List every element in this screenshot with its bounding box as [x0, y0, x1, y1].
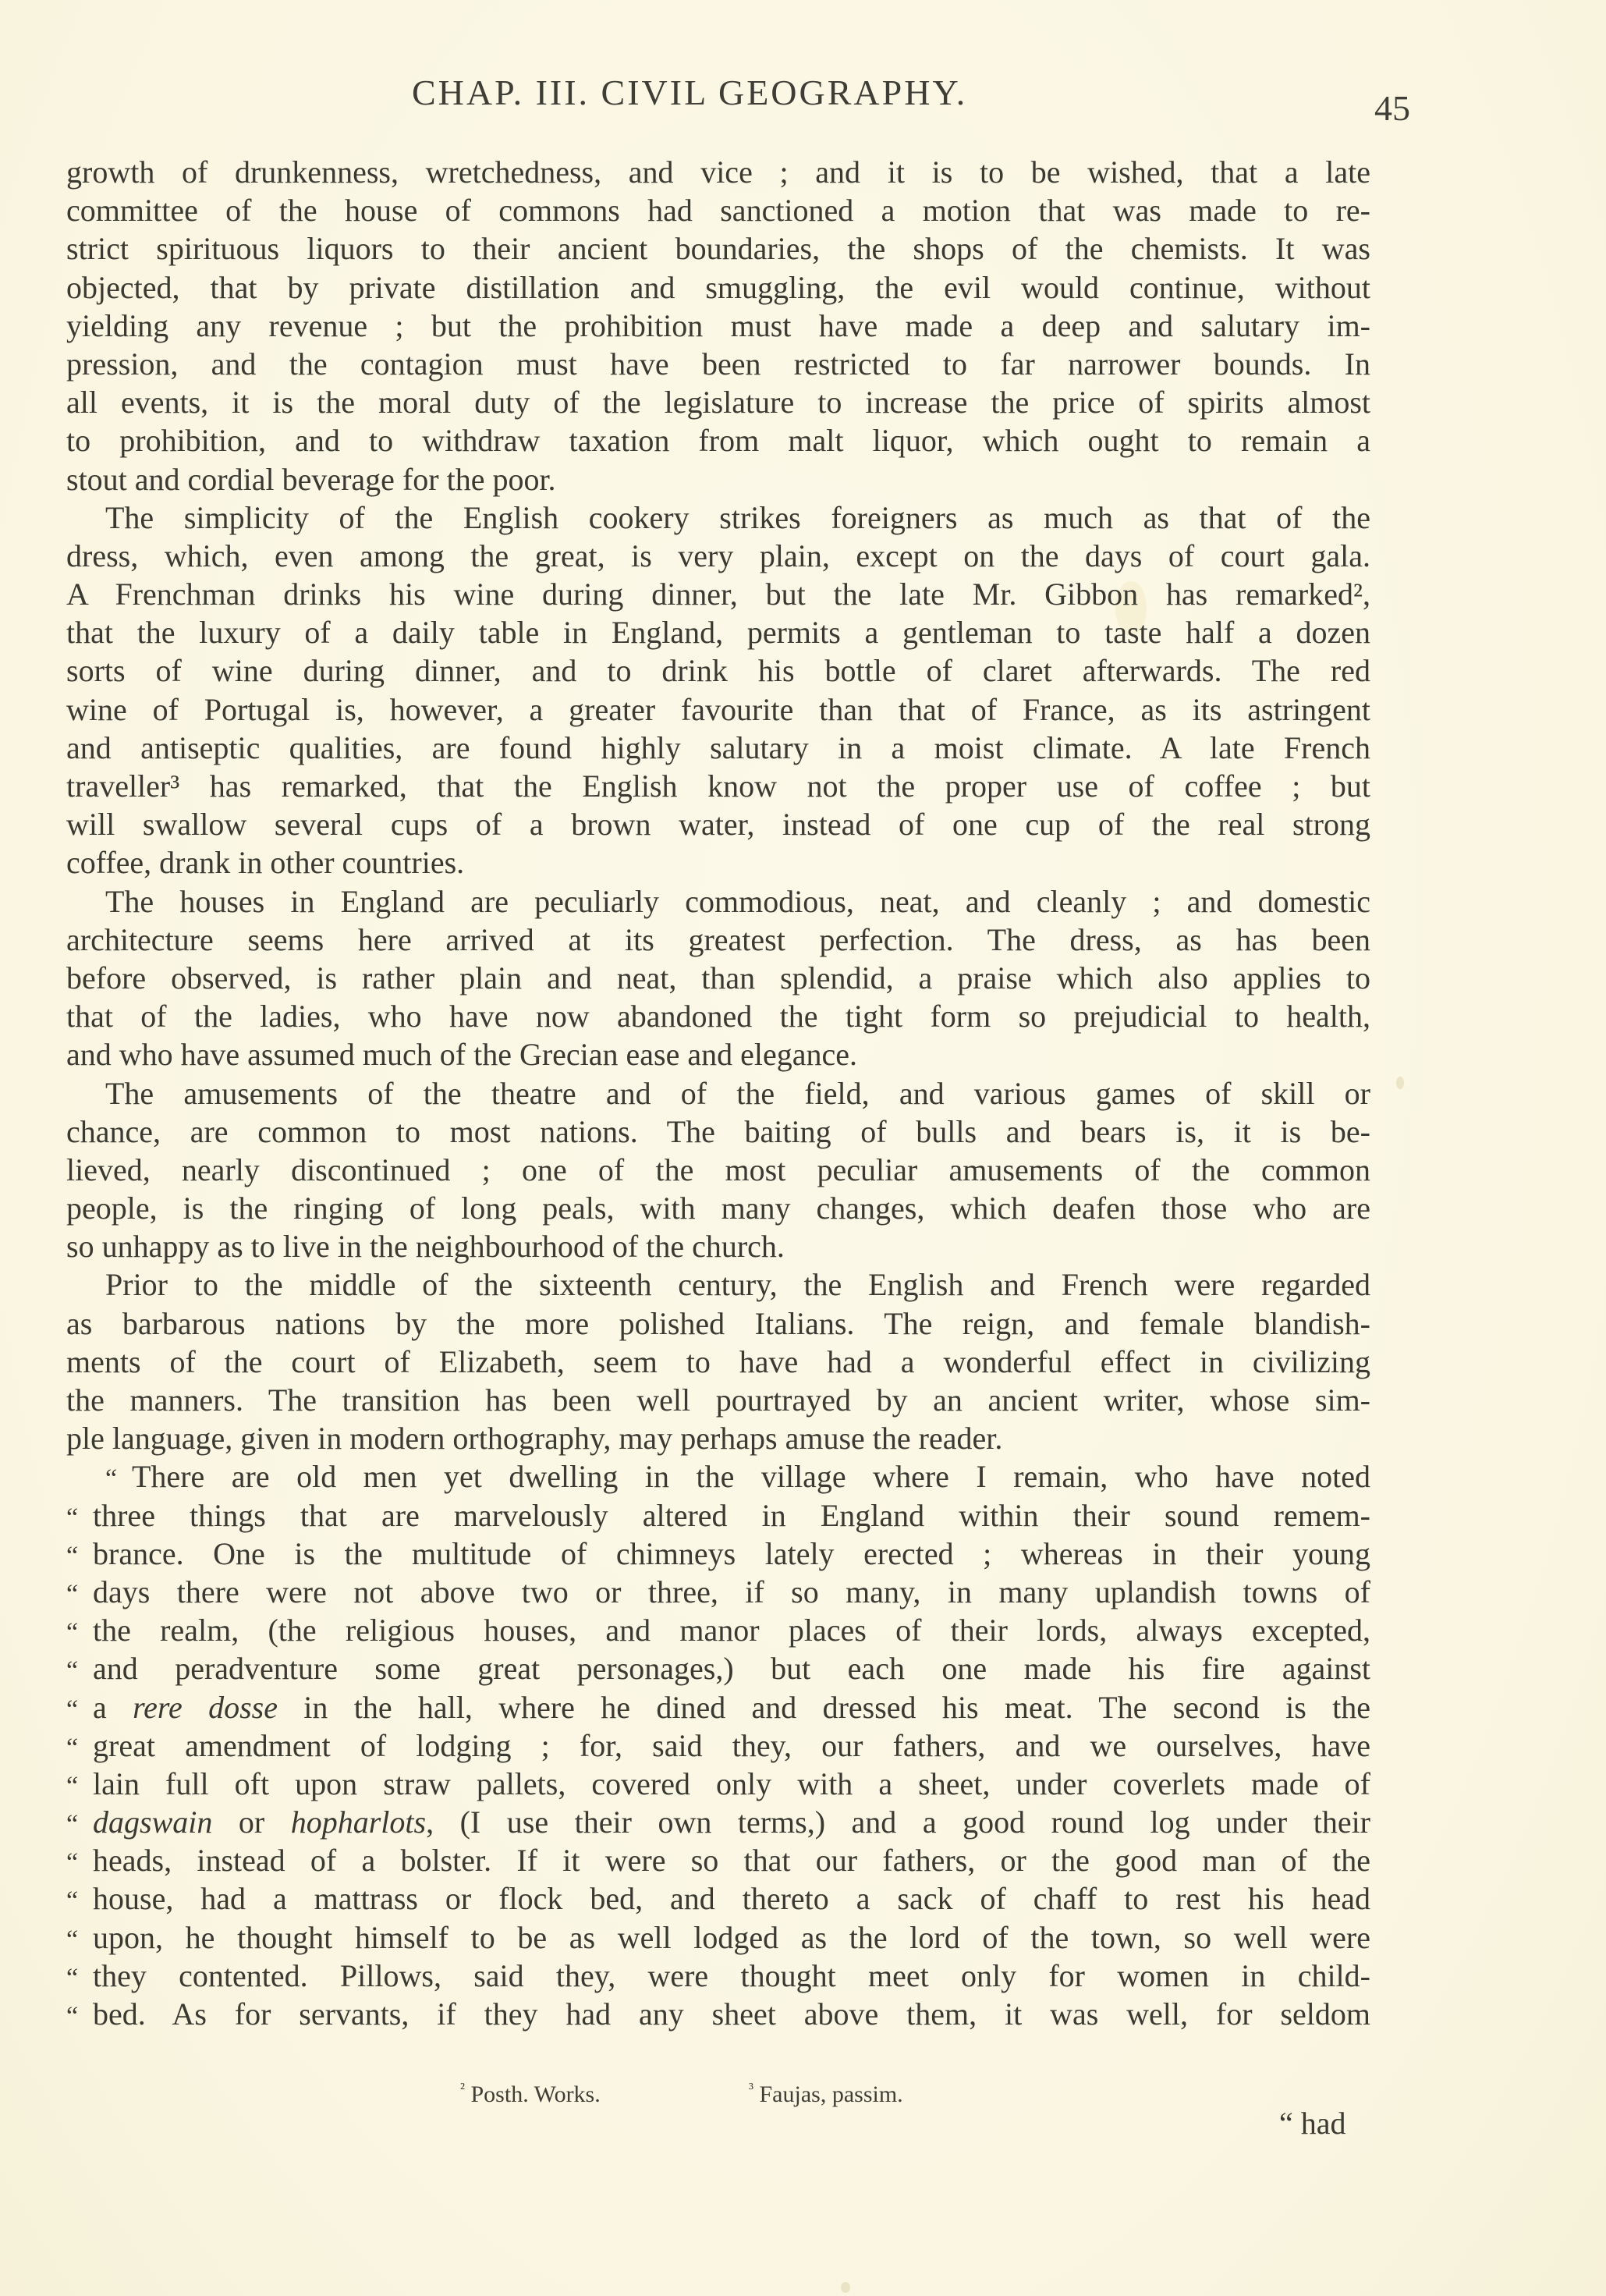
footnote-2: ² Posth. Works.	[460, 2081, 601, 2108]
open-quote-mark: “	[66, 1844, 93, 1882]
text-line: the manners. The transition has been wel…	[66, 1381, 1370, 1419]
italic-term: rere dosse	[133, 1690, 278, 1725]
text-line: growth of drunkenness, wretchedness, and…	[66, 153, 1370, 191]
text-line: The houses in England are peculiarly com…	[66, 882, 1370, 921]
text-line: wine of Portugal is, however, a greater …	[66, 690, 1370, 729]
book-page: CHAP. III. CIVIL GEOGRAPHY. 45 growth of…	[0, 0, 1606, 2296]
open-quote-mark: “	[105, 1460, 132, 1498]
quote-line: “a rere dosse in the hall, where he dine…	[66, 1688, 1370, 1726]
italic-term: hopharlots	[291, 1805, 426, 1840]
paper-spot	[841, 2282, 850, 2293]
paragraph: The simplicity of the English cookery st…	[66, 499, 1370, 882]
open-quote-mark: “	[66, 1997, 93, 2035]
quote-line: “heads, instead of a bolster. If it were…	[66, 1841, 1370, 1879]
text-line: as barbarous nations by the more polishe…	[66, 1304, 1370, 1343]
footnote-3: ³ Faujas, passim.	[749, 2081, 903, 2108]
quote-line: “dagswain or hopharlots, (I use their ow…	[66, 1803, 1370, 1841]
text-line: coffee, drank in other countries.	[66, 843, 1370, 882]
text-line: that the luxury of a daily table in Engl…	[66, 613, 1370, 651]
quote-line: “house, had a mattrass or flock bed, and…	[66, 1879, 1370, 1918]
footnote-marker: ³	[749, 2080, 753, 2097]
body-text: growth of drunkenness, wretchedness, and…	[66, 153, 1370, 2033]
text-line: will swallow several cups of a brown wat…	[66, 805, 1370, 843]
text-line: that of the ladies, who have now abandon…	[66, 997, 1370, 1035]
text-line: people, is the ringing of long peals, wi…	[66, 1189, 1370, 1227]
quote-line: “upon, he thought himself to be as well …	[66, 1918, 1370, 1957]
text-line: and antiseptic qualities, are found high…	[66, 729, 1370, 767]
text-line: The amusements of the theatre and of the…	[66, 1074, 1370, 1113]
text-line: sorts of wine during dinner, and to drin…	[66, 651, 1370, 690]
text-line: chance, are common to most nations. The …	[66, 1113, 1370, 1151]
text-line: traveller³ has remarked, that the Englis…	[66, 767, 1370, 805]
open-quote-mark: “	[66, 1691, 93, 1729]
catchword: “ had	[1279, 2105, 1346, 2142]
text-line: so unhappy as to live in the neighbourho…	[66, 1227, 1370, 1265]
block-quotation: “There are old men yet dwelling in the v…	[66, 1457, 1370, 2033]
open-quote-mark: “	[66, 1921, 93, 1959]
running-title: CHAP. III. CIVIL GEOGRAPHY.	[412, 72, 967, 113]
text-line: objected, that by private distillation a…	[66, 268, 1370, 307]
open-quote-mark: “	[66, 1537, 93, 1575]
text-line: to prohibition, and to withdraw taxation…	[66, 421, 1370, 460]
open-quote-mark: “	[66, 1613, 93, 1652]
text-line: lieved, nearly discontinued ; one of the…	[66, 1151, 1370, 1189]
page-number: 45	[1374, 87, 1410, 129]
quote-line: “three things that are marvelously alter…	[66, 1496, 1370, 1535]
paper-spot	[1396, 1077, 1404, 1089]
text-line: dress, which, even among the great, is v…	[66, 537, 1370, 575]
paragraph: The houses in England are peculiarly com…	[66, 882, 1370, 1074]
quote-line: “lain full oft upon straw pallets, cover…	[66, 1765, 1370, 1803]
open-quote-mark: “	[66, 1652, 93, 1690]
text-line: all events, it is the moral duty of the …	[66, 383, 1370, 421]
paragraph: Prior to the middle of the sixteenth cen…	[66, 1265, 1370, 1457]
text-line: and who have assumed much of the Grecian…	[66, 1035, 1370, 1073]
text-line: The simplicity of the English cookery st…	[66, 499, 1370, 537]
text-line: committee of the house of commons had sa…	[66, 191, 1370, 229]
quote-line: “days there were not above two or three,…	[66, 1573, 1370, 1611]
text-line: ments of the court of Elizabeth, seem to…	[66, 1343, 1370, 1381]
open-quote-mark: “	[66, 1959, 93, 1997]
italic-term: dagswain	[93, 1805, 212, 1840]
text-line: strict spirituous liquors to their ancie…	[66, 229, 1370, 268]
paragraph: growth of drunkenness, wretchedness, and…	[66, 153, 1370, 499]
text-line: before observed, is rather plain and nea…	[66, 959, 1370, 997]
text-line: ple language, given in modern orthograph…	[66, 1419, 1370, 1457]
open-quote-mark: “	[66, 1729, 93, 1767]
quote-line: “they contented. Pillows, said they, wer…	[66, 1957, 1370, 1995]
text-line: pression, and the contagion must have be…	[66, 345, 1370, 383]
open-quote-mark: “	[66, 1805, 93, 1844]
quote-line: “great amendment of lodging ; for, said …	[66, 1726, 1370, 1765]
text-line: stout and cordial beverage for the poor.	[66, 460, 1370, 499]
open-quote-mark: “	[66, 1767, 93, 1805]
text-line: A Frenchman drinks his wine during dinne…	[66, 575, 1370, 613]
quote-line: “and peradventure some great personages,…	[66, 1649, 1370, 1687]
footnote-marker: ²	[460, 2080, 465, 2097]
text-line: yielding any revenue ; but the prohibiti…	[66, 307, 1370, 345]
running-head: CHAP. III. CIVIL GEOGRAPHY. 45	[0, 72, 1606, 126]
open-quote-mark: “	[66, 1882, 93, 1920]
paragraph: The amusements of the theatre and of the…	[66, 1074, 1370, 1266]
open-quote-mark: “	[66, 1575, 93, 1613]
quote-line: “the realm, (the religious houses, and m…	[66, 1611, 1370, 1649]
text-line: architecture seems here arrived at its g…	[66, 921, 1370, 959]
open-quote-mark: “	[66, 1499, 93, 1537]
text-line: Prior to the middle of the sixteenth cen…	[66, 1265, 1370, 1304]
quote-line: “bed. As for servants, if they had any s…	[66, 1995, 1370, 2033]
quote-line: “There are old men yet dwelling in the v…	[66, 1457, 1370, 1496]
quote-line: “brance. One is the multitude of chimney…	[66, 1535, 1370, 1573]
